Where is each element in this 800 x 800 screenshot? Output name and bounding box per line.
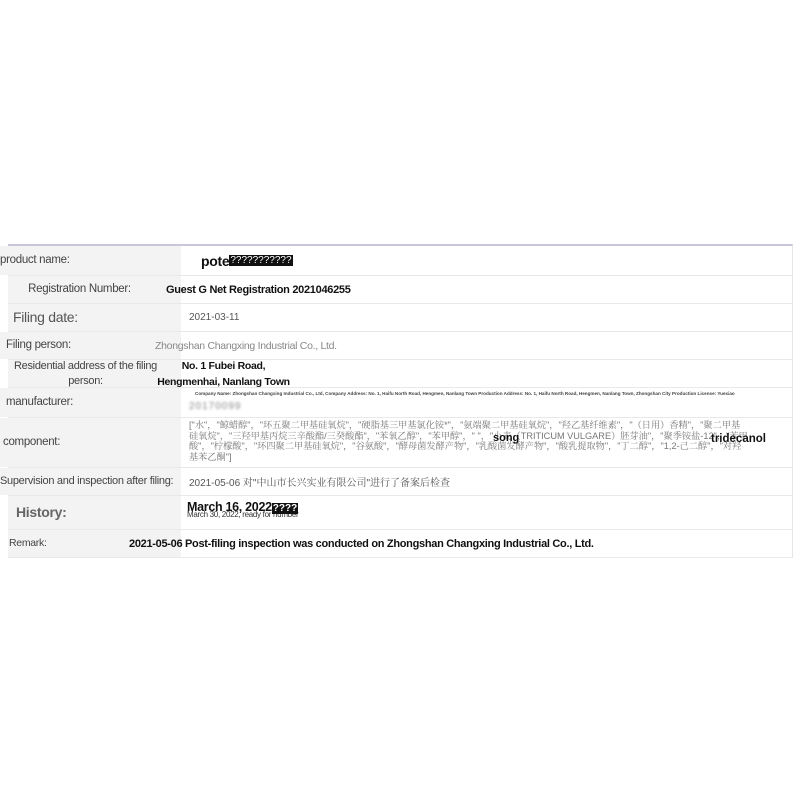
row-remark: Remark: 2021-05-06 Post-filing inspectio… bbox=[8, 530, 792, 558]
component-list-text: ["水"，"鲸蜡醇"，"环五聚二甲基硅氧烷"，"硬脂基三甲基氯化铵*"，"氨端聚… bbox=[189, 418, 749, 462]
value-component: ["水"，"鲸蜡醇"，"环五聚二甲基硅氧烷"，"硬脂基三甲基氯化铵*"，"氨端聚… bbox=[181, 418, 792, 467]
history-main-text: March 16, 2022???? bbox=[187, 500, 298, 514]
row-supervision: Supervision and inspection after filing:… bbox=[8, 468, 792, 496]
row-history: History: March 30, 2022, ready for numbe… bbox=[8, 496, 792, 530]
row-filing-date: Filing date: 2021-03-11 bbox=[8, 304, 792, 332]
row-residential-address: Residential address of the filing person… bbox=[8, 360, 792, 388]
label-product-name: product name: bbox=[0, 246, 181, 275]
filing-info-table: product name: pote??????????? Registrati… bbox=[8, 244, 793, 558]
row-component: component: ["水"，"鲸蜡醇"，"环五聚二甲基硅氧烷"，"硬脂基三甲… bbox=[8, 418, 792, 468]
label-filing-person: Filing person: bbox=[0, 332, 181, 359]
filing-date-label-text: Filing date: bbox=[13, 310, 78, 325]
value-residential-address: No. 1 Fubei Road, Hengmenhai, Nanlang To… bbox=[181, 360, 792, 387]
history-masked: ???? bbox=[272, 503, 298, 514]
registration-number-text: Guest G Net Registration 2021046255 bbox=[166, 284, 351, 296]
row-product-name: product name: pote??????????? bbox=[8, 246, 792, 276]
manufacturer-blurred-text: 20170099 bbox=[189, 401, 242, 412]
manufacturer-overlay-text: Company Name: Zhongshan Changxing Indust… bbox=[195, 391, 735, 396]
value-registration-number: Guest G Net Registration 2021046255 bbox=[181, 276, 792, 303]
component-overlay-tridecanol: tridecanol bbox=[711, 433, 766, 445]
value-remark: 2021-05-06 Post-filing inspection was co… bbox=[181, 530, 792, 557]
value-filing-date: 2021-03-11 bbox=[181, 304, 792, 331]
component-overlay-song: song bbox=[493, 432, 519, 444]
history-date: March 16, 2022 bbox=[187, 500, 272, 514]
value-product-name: pote??????????? bbox=[181, 246, 792, 275]
remark-text: 2021-05-06 Post-filing inspection was co… bbox=[129, 538, 594, 550]
row-manufacturer: manufacturer: Company Name: Zhongshan Ch… bbox=[8, 388, 792, 418]
residential-address-text: No. 1 Fubei Road, Hengmenhai, Nanlang To… bbox=[156, 358, 291, 390]
product-name-masked: ??????????? bbox=[229, 255, 292, 266]
product-name-text: pote bbox=[201, 253, 229, 269]
history-label-text: History: bbox=[16, 505, 67, 520]
label-registration-number: Registration Number: bbox=[8, 276, 181, 303]
value-manufacturer: Company Name: Zhongshan Changxing Indust… bbox=[181, 388, 792, 417]
value-filing-person: Zhongshan Changxing Industrial Co., Ltd. bbox=[155, 332, 792, 359]
label-history: History: bbox=[8, 496, 181, 529]
row-filing-person: Filing person: Zhongshan Changxing Indus… bbox=[8, 332, 792, 360]
value-history: March 30, 2022, ready for number March 1… bbox=[181, 496, 792, 529]
row-registration-number: Registration Number: Guest G Net Registr… bbox=[8, 276, 792, 304]
value-supervision: 2021-05-06 对"中山市长兴实业有限公司"进行了备案后检查 bbox=[181, 468, 792, 495]
label-manufacturer: manufacturer: bbox=[0, 388, 181, 417]
label-supervision: Supervision and inspection after filing: bbox=[0, 468, 181, 495]
label-filing-date: Filing date: bbox=[8, 304, 181, 331]
label-component: component: bbox=[0, 418, 181, 467]
